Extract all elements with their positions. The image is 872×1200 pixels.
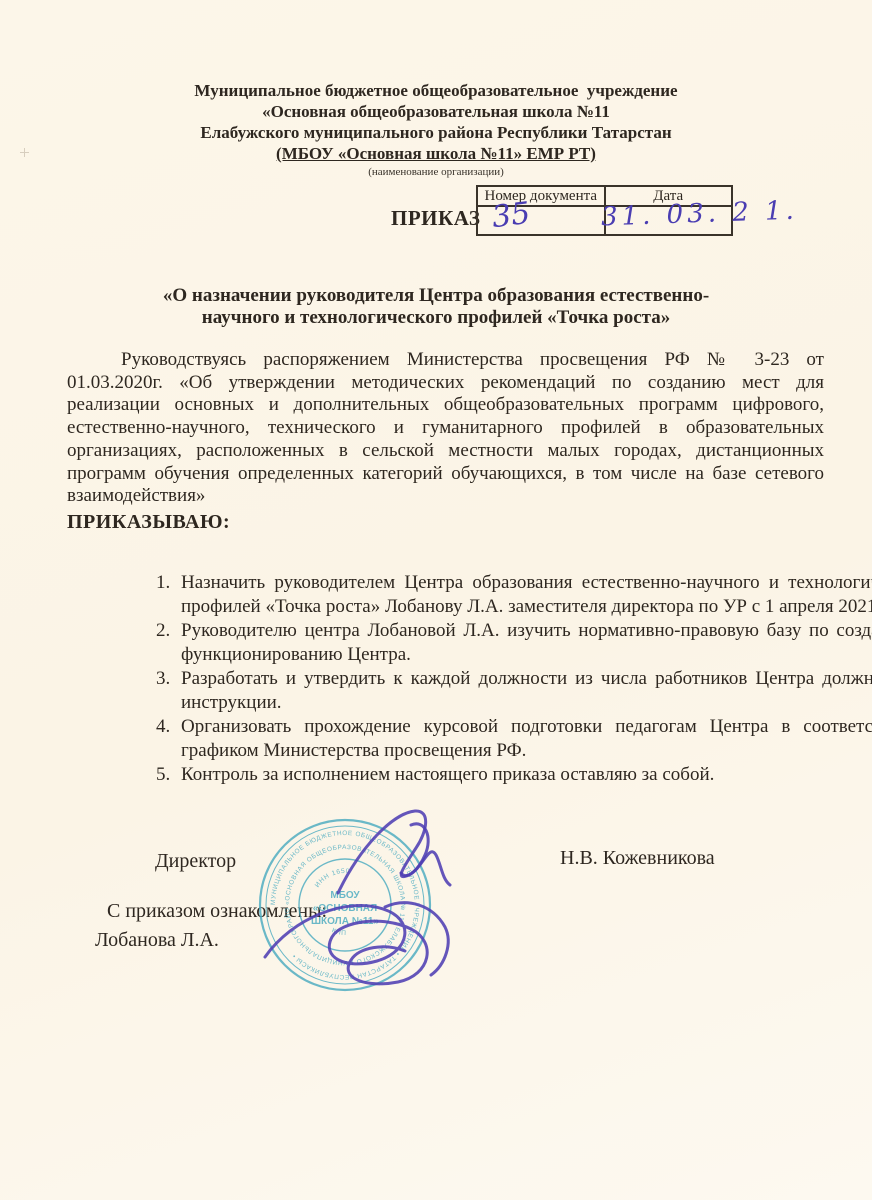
director-label: Директор bbox=[155, 850, 236, 873]
org-caption: (наименование организации) bbox=[0, 165, 872, 179]
table-value-row bbox=[477, 206, 732, 235]
order-requisites-table: Номер документа Дата bbox=[476, 185, 733, 236]
org-name-line-2: «Основная общеобразовательная школа №11 bbox=[0, 101, 872, 122]
acknowledged-name: Лобанова Л.А. bbox=[95, 929, 219, 952]
signature-strokes bbox=[235, 785, 505, 1010]
column-header-date: Дата bbox=[605, 186, 733, 206]
school-letterhead: Муниципальное бюджетное общеобразователь… bbox=[0, 80, 872, 179]
order-item: Руководителю центра Лобановой Л.А. изучи… bbox=[175, 619, 872, 667]
director-signature-icon bbox=[338, 811, 450, 893]
order-item: Разработать и утвердить к каждой должнос… bbox=[175, 667, 872, 715]
plus-mark-icon bbox=[20, 148, 29, 157]
director-name: Н.В. Кожевникова bbox=[560, 847, 715, 870]
decree-word: ПРИКАЗЫВАЮ: bbox=[67, 511, 230, 534]
order-word-label: ПРИКАЗ bbox=[391, 206, 480, 231]
document-page: Муниципальное бюджетное общеобразователь… bbox=[0, 0, 872, 1200]
order-preamble: Руководствуясь распоряжением Министерств… bbox=[67, 349, 824, 508]
org-short-name-line: (МБОУ «Основная школа №11» ЕМР РТ) bbox=[0, 143, 872, 164]
column-header-document-number: Номер документа bbox=[477, 186, 605, 206]
document-number-cell bbox=[477, 206, 605, 235]
order-items-list: Назначить руководителем Центра образован… bbox=[67, 571, 872, 787]
order-title: «О назначении руководителя Центра образо… bbox=[136, 285, 736, 329]
order-item: Организовать прохождение курсовой подгот… bbox=[175, 715, 872, 763]
org-name-line-1: Муниципальное бюджетное общеобразователь… bbox=[0, 80, 872, 101]
order-item: Контроль за исполнением настоящего прика… bbox=[175, 763, 872, 787]
table-header-row: Номер документа Дата bbox=[477, 186, 732, 206]
org-name-line-3: Елабужского муниципального района Респуб… bbox=[0, 122, 872, 143]
order-item: Назначить руководителем Центра образован… bbox=[175, 571, 872, 619]
acknowledged-signature-icon bbox=[265, 906, 427, 984]
date-cell bbox=[605, 206, 733, 235]
